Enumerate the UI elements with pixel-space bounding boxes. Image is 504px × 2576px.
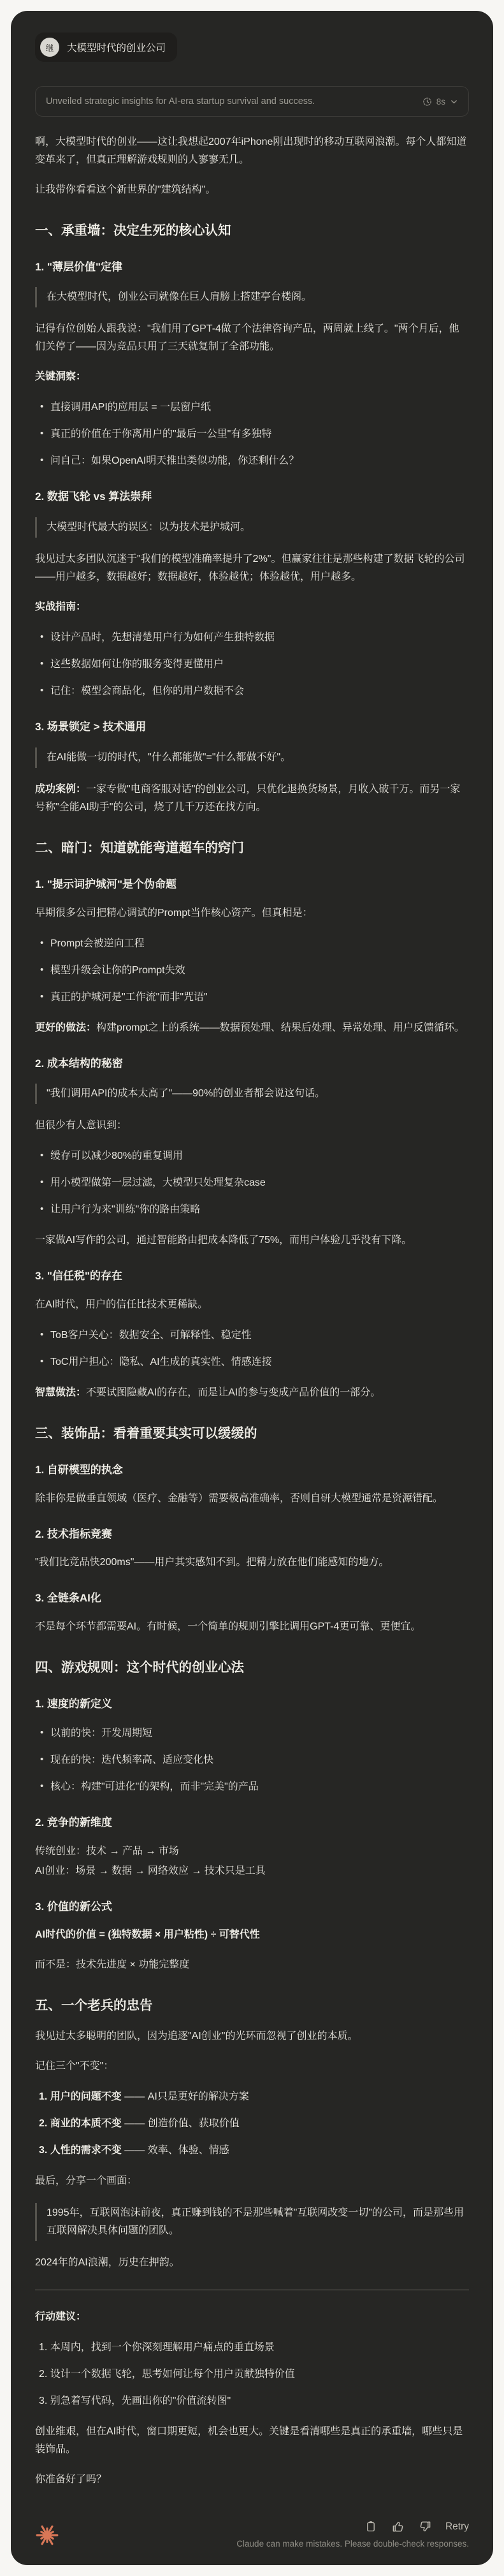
list-item: 设计产品时，先想清楚用户行为如何产生独特数据: [50, 629, 469, 647]
list-item: 真正的护城河是"工作流"而非"咒语": [50, 989, 469, 1006]
subsection-heading: 1. "薄层价值"定律: [35, 260, 469, 275]
section-heading: 二、暗门：知道就能弯道超车的窍门: [35, 839, 469, 858]
subsection-heading: 2. 数据飞轮 vs 算法崇拜: [35, 489, 469, 504]
text-run: 让我带你看看这个新世界的"建筑结构"。: [35, 184, 215, 195]
text-run: 我见过太多聪明的团队，因为追逐"AI创业"的光环而忽视了创业的本质。: [35, 2031, 357, 2042]
paragraph: 2024年的AI浪潮，历史在押韵。: [35, 2254, 469, 2272]
section-heading: 四、游戏规则：这个时代的创业心法: [35, 1659, 469, 1677]
paragraph: 啊，大模型时代的创业——这让我想起2007年iPhone刚出现时的移动互联网浪潮…: [35, 133, 469, 169]
quote: "我们调用API的成本太高了"——90%的创业者都会说这句话。: [35, 1084, 469, 1104]
paragraph: 智慧做法：不要试图隐藏AI的存在，而是让AI的参与变成产品价值的一部分。: [35, 1384, 469, 1402]
thinking-duration: 8s: [436, 97, 445, 107]
subsection-heading: 2. 技术指标竞赛: [35, 1527, 469, 1542]
bullet-list: 设计产品时，先想清楚用户行为如何产生独特数据这些数据如何让你的服务变得更懂用户记…: [35, 629, 469, 700]
bold-lead: 商业的本质不变: [50, 2118, 122, 2129]
copy-button[interactable]: [364, 2519, 378, 2534]
chevron-down-icon: [450, 98, 458, 106]
subsection-heading: 1. 自研模型的执念: [35, 1462, 469, 1478]
subsection-heading: 1. "提示词护城河"是个伪命题: [35, 877, 469, 892]
paragraph: 记得有位创始人跟我说："我们用了GPT-4做了个法律咨询产品，两周就上线了。"两…: [35, 320, 469, 356]
text-run: 除非你是做垂直领域（医疗、金融等）需要极高准确率，否则自研大模型通常是资源错配。: [35, 1493, 443, 1504]
text-run: 我见过太多团队沉迷于"我们的模型准确率提升了2%"。但赢家往往是那些构建了数据飞…: [35, 554, 465, 582]
paragraph: 关键洞察：: [35, 368, 469, 386]
paragraph: 我见过太多聪明的团队，因为追逐"AI创业"的光环而忽视了创业的本质。: [35, 2028, 469, 2045]
bold-lead: 用户的问题不变: [50, 2091, 122, 2102]
list-item: 用小模型做第一层过滤，大模型只处理复杂case: [50, 1174, 469, 1192]
list-item: 设计一个数据飞轮，思考如何让每个用户贡献独特价值: [39, 2366, 469, 2383]
list-item: 让用户行为来"训练"你的路由策略: [50, 1201, 469, 1219]
text-run: 不是每个环节都需要AI。有时候，一个简单的规则引擎比调用GPT-4更可靠、更便宜…: [35, 1621, 421, 1632]
bold-lead: 人性的需求不变: [50, 2145, 122, 2156]
subsection-heading: 3. "信任税"的存在: [35, 1269, 469, 1284]
list-item: 模型升级会让你的Prompt失效: [50, 962, 469, 980]
paragraph: "我们比竞品快200ms"——用户其实感知不到。把精力放在他们能感知的地方。: [35, 1554, 469, 1571]
paragraph: 除非你是做垂直领域（医疗、金融等）需要极高准确率，否则自研大模型通常是资源错配。: [35, 1490, 469, 1508]
list-item: 以前的快：开发周期短: [50, 1725, 469, 1742]
list-item: 真正的价值在于你离用户的"最后一公里"有多独特: [50, 425, 469, 443]
text-run: 你准备好了吗？: [35, 2474, 106, 2485]
bold-lead: 智慧做法：: [35, 1387, 86, 1398]
text-run: 但很少有人意识到：: [35, 1120, 127, 1131]
user-message-row: 继 大模型时代的创业公司: [35, 33, 469, 62]
text-run: 创业维艰，但在AI时代，窗口期更短，机会也更大。关键是看清哪些是真正的承重墙，哪…: [35, 2426, 463, 2455]
list-item: ToB客户关心：数据安全、可解释性、稳定性: [50, 1327, 469, 1344]
numbered-list: 用户的问题不变 —— AI只是更好的解决方案商业的本质不变 —— 创造价值、获取…: [35, 2088, 469, 2160]
bold-lead: 关键洞察：: [35, 371, 86, 382]
bullet-list: 缓存可以减少80%的重复调用用小模型做第一层过滤，大模型只处理复杂case让用户…: [35, 1147, 469, 1219]
paragraph: 行动建议：: [35, 2308, 469, 2326]
paragraph: 你准备好了吗？: [35, 2471, 469, 2489]
line: 传统创业：技术 → 产品 → 市场: [35, 1843, 469, 1860]
text-run: 记住三个"不变"：: [35, 2061, 113, 2072]
claude-logo-icon: [35, 2523, 59, 2547]
subsection-heading: 3. 全链条AI化: [35, 1591, 469, 1606]
list-item: 现在的快：迭代频率高、适应变化快: [50, 1751, 469, 1769]
quote-text: 在大模型时代，创业公司就像在巨人肩膀上搭建亭台楼阁。: [47, 288, 469, 306]
thumbs-down-button[interactable]: [418, 2519, 433, 2534]
paragraph: 我见过太多团队沉迷于"我们的模型准确率提升了2%"。但赢家往往是那些构建了数据飞…: [35, 550, 469, 586]
paragraph: 记住三个"不变"：: [35, 2057, 469, 2075]
section-heading: 一、承重墙：决定生死的核心认知: [35, 222, 469, 240]
line: AI创业：场景 → 数据 → 网络效应 → 技术只是工具: [35, 1862, 469, 1880]
thinking-toggle[interactable]: Unveiled strategic insights for AI-era s…: [35, 86, 469, 117]
list-item: 直接调用API的应用层 = 一层窗户纸: [50, 399, 469, 416]
paragraph: 创业维艰，但在AI时代，窗口期更短，机会也更大。关键是看清哪些是真正的承重墙，哪…: [35, 2423, 469, 2459]
bold-lead: 行动建议：: [35, 2311, 86, 2322]
list-item: 这些数据如何让你的服务变得更懂用户: [50, 656, 469, 673]
text-run: 不要试图隐藏AI的存在，而是让AI的参与变成产品价值的一部分。: [86, 1387, 380, 1398]
text-run: 本周内，找到一个你深刻理解用户痛点的垂直场景: [50, 2342, 275, 2353]
list-item: 本周内，找到一个你深刻理解用户痛点的垂直场景: [39, 2339, 469, 2357]
quote-text: 1995年，互联网泡沫前夜，真正赚到钱的不是那些喊着"互联网改变一切"的公司，而…: [47, 2204, 469, 2240]
text-run: 而不是：技术先进度 × 功能完整度: [35, 1959, 189, 1970]
bold-lead: 更好的做法：: [35, 1022, 96, 1033]
paragraph: 让我带你看看这个新世界的"建筑结构"。: [35, 181, 469, 199]
paragraph: 在AI时代，用户的信任比技术更稀缺。: [35, 1296, 469, 1314]
section-heading: 五、一个老兵的忠告: [35, 1997, 469, 2015]
list-item: ToC用户担心：隐私、AI生成的真实性、情感连接: [50, 1353, 469, 1371]
bullet-list: 以前的快：开发周期短现在的快：迭代频率高、适应变化快核心：构建"可进化"的架构，…: [35, 1725, 469, 1796]
text-run: 一家专做"电商客服对话"的创业公司，只优化退换货场景，月收入破千万。而另一家号称…: [35, 784, 460, 813]
quote-text: 大模型时代最大的误区：以为技术是护城河。: [47, 519, 469, 536]
text-run: 一家做AI写作的公司，通过智能路由把成本降低了75%，而用户体验几乎没有下降。: [35, 1235, 412, 1246]
bullet-list: Prompt会被逆向工程模型升级会让你的Prompt失效真正的护城河是"工作流"…: [35, 935, 469, 1006]
text-run: 设计一个数据飞轮，思考如何让每个用户贡献独特价值: [50, 2369, 295, 2380]
copy-icon: [365, 2521, 377, 2533]
subsection-heading: 2. 成本结构的秘密: [35, 1056, 469, 1071]
bullet-list: ToB客户关心：数据安全、可解释性、稳定性ToC用户担心：隐私、AI生成的真实性…: [35, 1327, 469, 1371]
text-run: 构建prompt之上的系统——数据预处理、结果后处理、异常处理、用户反馈循环。: [96, 1022, 464, 1033]
message-actions: Retry: [364, 2519, 469, 2534]
subsection-heading: 1. 速度的新定义: [35, 1696, 469, 1712]
quote: 在大模型时代，创业公司就像在巨人肩膀上搭建亭台楼阁。: [35, 287, 469, 307]
text-run: 记得有位创始人跟我说："我们用了GPT-4做了个法律咨询产品，两周就上线了。"两…: [35, 323, 459, 352]
quote: 1995年，互联网泡沫前夜，真正赚到钱的不是那些喊着"互联网改变一切"的公司，而…: [35, 2203, 469, 2241]
paragraph: 成功案例：一家专做"电商客服对话"的创业公司，只优化退换货场景，月收入破千万。而…: [35, 781, 469, 816]
paragraph: 不是每个环节都需要AI。有时候，一个简单的规则引擎比调用GPT-4更可靠、更便宜…: [35, 1618, 469, 1636]
numbered-list: 本周内，找到一个你深刻理解用户痛点的垂直场景设计一个数据飞轮，思考如何让每个用户…: [35, 2339, 469, 2410]
bold-lead: 成功案例：: [35, 784, 86, 795]
thinking-meta: 8s: [422, 97, 458, 107]
thumbs-up-icon: [392, 2521, 404, 2533]
text-run: 2024年的AI浪潮，历史在押韵。: [35, 2257, 180, 2268]
text-run: —— AI只是更好的解决方案: [122, 2091, 249, 2102]
user-message-text: 大模型时代的创业公司: [67, 40, 166, 54]
thumbs-up-button[interactable]: [391, 2519, 405, 2534]
list-item: 记住：模型会商品化，但你的用户数据不会: [50, 682, 469, 700]
message-footer: Retry Claude can make mistakes. Please d…: [35, 2519, 469, 2549]
paragraph: 实战指南：: [35, 598, 469, 616]
subsection-heading: 2. 竞争的新维度: [35, 1815, 469, 1830]
text-run: —— 创造价值、获取价值: [122, 2118, 240, 2129]
subsection-heading: 3. 场景锁定 > 技术通用: [35, 719, 469, 735]
paragraph: 一家做AI写作的公司，通过智能路由把成本降低了75%，而用户体验几乎没有下降。: [35, 1232, 469, 1249]
bold-lead: AI时代的价值 = (独特数据 × 用户粘性) ÷ 可替代性: [35, 1929, 260, 1940]
quote-text: "我们调用API的成本太高了"——90%的创业者都会说这句话。: [47, 1085, 469, 1103]
divider: [35, 2290, 469, 2290]
list-item: 别急着写代码，先画出你的"价值流转图": [39, 2392, 469, 2410]
avatar: 继: [40, 38, 59, 57]
paragraph: 更好的做法：构建prompt之上的系统——数据预处理、结果后处理、异常处理、用户…: [35, 1019, 469, 1037]
list-item: 核心：构建"可进化"的架构，而非"完美"的产品: [50, 1778, 469, 1796]
assistant-message: 啊，大模型时代的创业——这让我想起2007年iPhone刚出现时的移动互联网浪潮…: [35, 133, 469, 2489]
list-item: 用户的问题不变 —— AI只是更好的解决方案: [39, 2088, 469, 2106]
subsection-heading: 3. 价值的新公式: [35, 1899, 469, 1915]
bold-lead: 实战指南：: [35, 601, 86, 612]
paragraph: 最后，分享一个画面：: [35, 2172, 469, 2190]
list-item: 问自己：如果OpenAI明天推出类似功能，你还剩什么？: [50, 452, 469, 470]
text-run: 别急着写代码，先画出你的"价值流转图": [50, 2396, 231, 2406]
text-run: 早期很多公司把精心调试的Prompt当作核心资产。但真相是：: [35, 908, 313, 918]
text-run: 啊，大模型时代的创业——这让我想起2007年iPhone刚出现时的移动互联网浪潮…: [35, 136, 466, 165]
list-item: Prompt会被逆向工程: [50, 935, 469, 953]
paragraph: AI时代的价值 = (独特数据 × 用户粘性) ÷ 可替代性: [35, 1926, 469, 1944]
text-run: "我们比竞品快200ms"——用户其实感知不到。把精力放在他们能感知的地方。: [35, 1557, 389, 1568]
paragraph: 但很少有人意识到：: [35, 1117, 469, 1135]
timer-icon: [422, 97, 432, 107]
text-run: 在AI时代，用户的信任比技术更稀缺。: [35, 1299, 208, 1310]
line-group: 传统创业：技术 → 产品 → 市场AI创业：场景 → 数据 → 网络效应 → 技…: [35, 1843, 469, 1880]
paragraph: 早期很多公司把精心调试的Prompt当作核心资产。但真相是：: [35, 904, 469, 922]
disclaimer: Claude can make mistakes. Please double-…: [236, 2539, 469, 2549]
thumbs-down-icon: [419, 2521, 431, 2533]
thinking-summary: Unveiled strategic insights for AI-era s…: [46, 96, 315, 107]
list-item: 缓存可以减少80%的重复调用: [50, 1147, 469, 1165]
text-run: —— 效率、体验、情感: [122, 2145, 229, 2156]
paragraph: 而不是：技术先进度 × 功能完整度: [35, 1956, 469, 1974]
footer-right: Retry Claude can make mistakes. Please d…: [236, 2519, 469, 2549]
list-item: 人性的需求不变 —— 效率、体验、情感: [39, 2142, 469, 2160]
quote: 在AI能做一切的时代，"什么都能做"="什么都做不好"。: [35, 747, 469, 768]
retry-button[interactable]: Retry: [445, 2522, 469, 2532]
page: 继 大模型时代的创业公司 Unveiled strategic insights…: [0, 0, 504, 2576]
list-item: 商业的本质不变 —— 创造价值、获取价值: [39, 2115, 469, 2133]
user-message: 继 大模型时代的创业公司: [35, 33, 177, 62]
quote: 大模型时代最大的误区：以为技术是护城河。: [35, 517, 469, 538]
text-run: 最后，分享一个画面：: [35, 2175, 137, 2186]
quote-text: 在AI能做一切的时代，"什么都能做"="什么都做不好"。: [47, 749, 469, 767]
chat-card: 继 大模型时代的创业公司 Unveiled strategic insights…: [11, 11, 493, 2565]
section-heading: 三、装饰品：看着重要其实可以缓缓的: [35, 1425, 469, 1443]
bullet-list: 直接调用API的应用层 = 一层窗户纸真正的价值在于你离用户的"最后一公里"有多…: [35, 399, 469, 470]
